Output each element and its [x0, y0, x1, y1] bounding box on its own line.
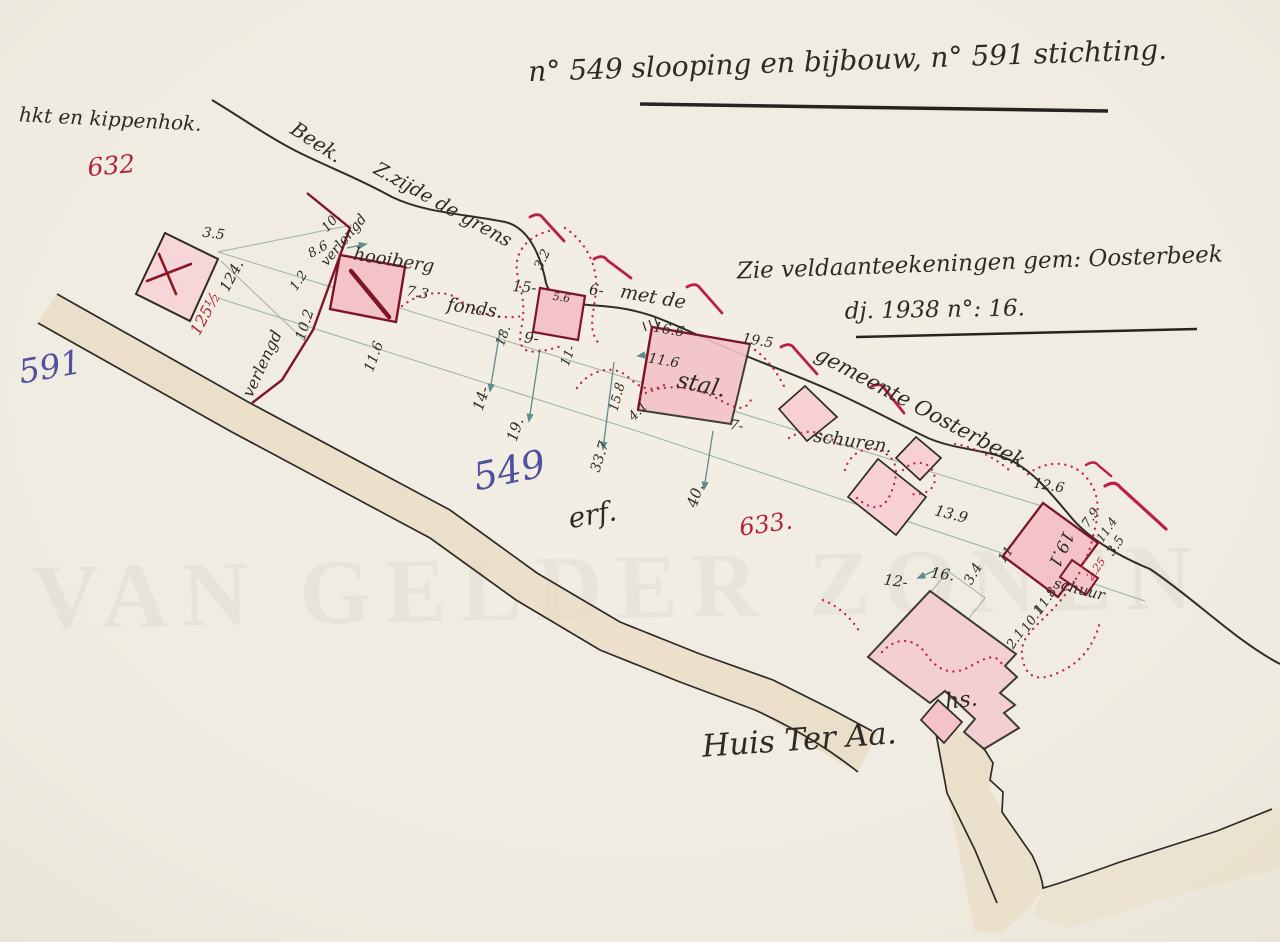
- paper-background: [0, 0, 1280, 942]
- measurement-label: 5.6: [552, 290, 571, 305]
- measurement-label: 16.: [930, 563, 956, 584]
- measurement-label: 6-: [588, 280, 604, 299]
- measurement-label: 7-: [729, 417, 745, 435]
- hs-label: hs.: [944, 686, 979, 714]
- measurement-label: 3.5: [201, 225, 225, 244]
- measurement-label: 12-: [882, 570, 908, 591]
- measurement-label: 9-: [523, 328, 539, 347]
- cadastral-sketch-page: VAN GELDER ZONEN: [0, 0, 1280, 942]
- parcel-632: 632: [86, 149, 136, 182]
- field-note-line2: dj. 1938 n°: 16.: [845, 295, 1026, 324]
- measurement-label: 15-: [512, 277, 538, 297]
- map-svg: VAN GELDER ZONEN: [0, 0, 1280, 942]
